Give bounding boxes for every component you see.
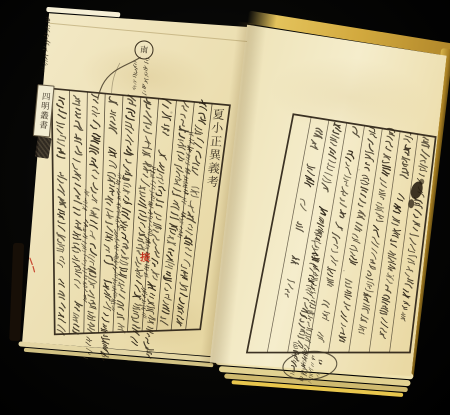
- photo-background: { "photo": { "background_color": "#03030…: [0, 0, 450, 415]
- paper-stain: [101, 283, 217, 355]
- right-page: [210, 21, 449, 385]
- open-book: 四明叢書 夏小正異義考 南 接: [4, 0, 450, 396]
- title-slip-text: 四明叢書: [38, 92, 50, 131]
- cover-edge-shadow: [9, 243, 24, 341]
- red-correction-char: 接: [138, 250, 152, 266]
- paper-stain: [266, 49, 434, 146]
- library-stamp: [35, 136, 52, 159]
- circled-annotation-char: 南: [140, 46, 149, 55]
